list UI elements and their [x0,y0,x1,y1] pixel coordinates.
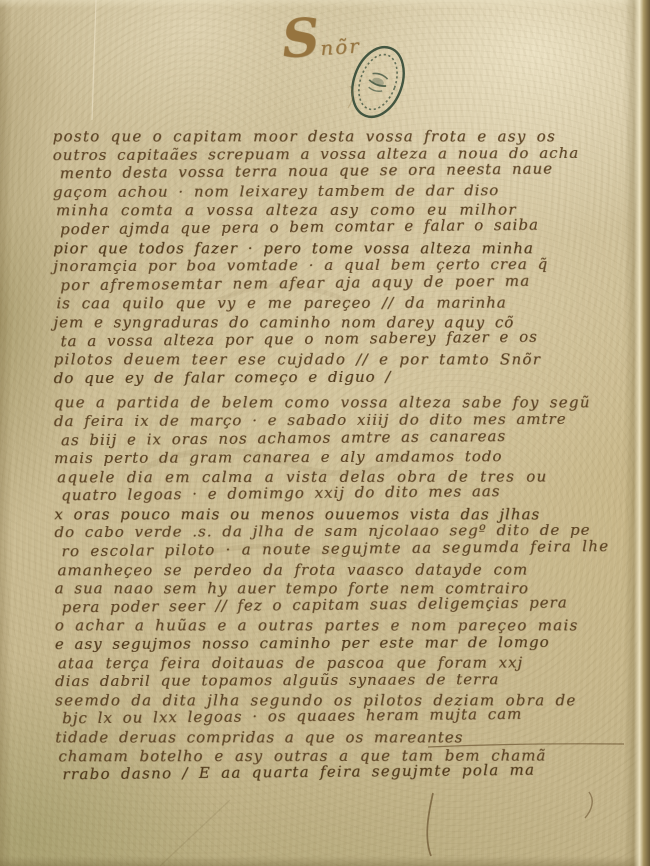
manuscript-line: dias dabril que topamos alguũs synaaes d… [55,670,631,691]
manuscript-line: pior que todos fazer · pero tome vossa a… [53,239,629,258]
manuscript-photo: Snõr posto que o capitam moor desta voss… [0,0,650,866]
page-edge-left [0,0,12,866]
manuscript-paragraph: que a partida de belem como vossa alteza… [54,391,632,784]
manuscript-text: posto que o capitam moor desta vossa fro… [53,125,632,784]
manuscript-line: que a partida de belem como vossa alteza… [54,394,630,413]
manuscript-line: is caa quilo que vy e me pareçeo // da m… [56,294,632,314]
manuscript-line: mento desta vossa terra noua que se ora … [60,159,636,183]
manuscript-line: amanheçeo se perdeo da frota vaasco data… [57,560,633,580]
manuscript-line: quatro legoas · e domimgo xxij do dito m… [61,481,637,505]
manuscript-line: do que ey de falar começo e diguo / [54,366,630,387]
manuscript-line: x oras pouco mais ou menos ouuemos vista… [54,505,630,524]
manuscript-line: o achar a huũas e a outras partes e nom … [55,617,631,636]
manuscript-line: pilotos deuem teer ese cujdado // e por … [54,350,630,369]
page-edge-bottom [0,856,650,866]
manuscript-line: posto que o capitam moor desta vossa fro… [53,127,629,146]
manuscript-line: ataa terça feira doitauas de pascoa que … [58,653,634,673]
manuscript-line: tidade deruas compridas a que os mareant… [55,728,631,747]
manuscript-line: mais perto da gram canarea e aly amdamos… [54,447,630,468]
manuscript-line: rrabo dasno / E aa quarta feira segujmte… [62,760,638,784]
manuscript-line: e asy segujmos nosso caminho per este ma… [55,633,631,654]
manuscript-line: bjc lx ou lxx legoas · os quaaes heram m… [62,704,638,728]
page-edge-top [0,0,650,8]
manuscript-line: gaçom achou · nom leixarey tambem de dar… [53,181,629,202]
manuscript-paragraph: posto que o capitam moor desta vossa fro… [53,125,630,388]
archive-stamp-icon [340,40,416,124]
